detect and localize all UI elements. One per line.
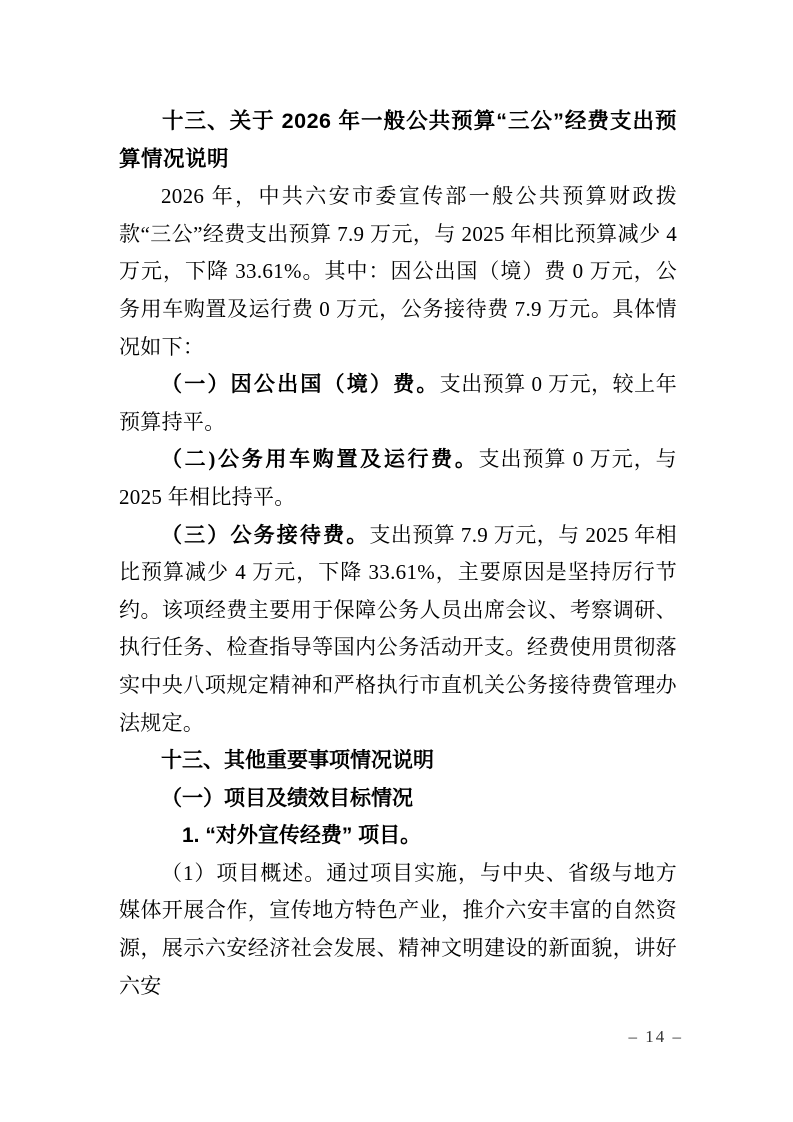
paragraph-project-overview: （1）项目概述。通过项目实施，与中央、省级与地方媒体开展合作，宣传地方特色产业，…	[119, 855, 677, 1005]
paragraph-intro: 2026 年，中共六安市委宣传部一般公共预算财政拨款“三公”经费支出预算 7.9…	[119, 178, 677, 366]
external-publicity-project-heading: 1. “对外宣传经费” 项目。	[119, 817, 677, 855]
item1-label: （一）因公出国（境）费。	[161, 372, 440, 396]
paragraph-item1: （一）因公出国（境）费。支出预算 0 万元，较上年预算持平。	[119, 366, 677, 441]
other-matters-heading: 十三、其他重要事项情况说明	[119, 742, 677, 780]
paragraph-item3: （三）公务接待费。支出预算 7.9 万元，与 2025 年相比预算减少 4 万元…	[119, 517, 677, 743]
paragraph-item2: （二)公务用车购置及运行费。支出预算 0 万元，与 2025 年相比持平。	[119, 441, 677, 516]
projects-performance-heading: （一）项目及绩效目标情况	[119, 780, 677, 818]
item2-label: （二)公务用车购置及运行费。	[161, 447, 479, 471]
section-title: 十三、关于 2026 年一般公共预算“三公”经费支出预算情况说明	[119, 103, 677, 178]
document-page: 十三、关于 2026 年一般公共预算“三公”经费支出预算情况说明 2026 年，…	[0, 0, 793, 1122]
document-content: 十三、关于 2026 年一般公共预算“三公”经费支出预算情况说明 2026 年，…	[119, 103, 677, 1005]
page-number: – 14 –	[629, 1027, 684, 1047]
item3-label: （三）公务接待费。	[161, 523, 369, 547]
item3-text: 支出预算 7.9 万元，与 2025 年相比预算减少 4 万元，下降 33.61…	[119, 523, 677, 735]
